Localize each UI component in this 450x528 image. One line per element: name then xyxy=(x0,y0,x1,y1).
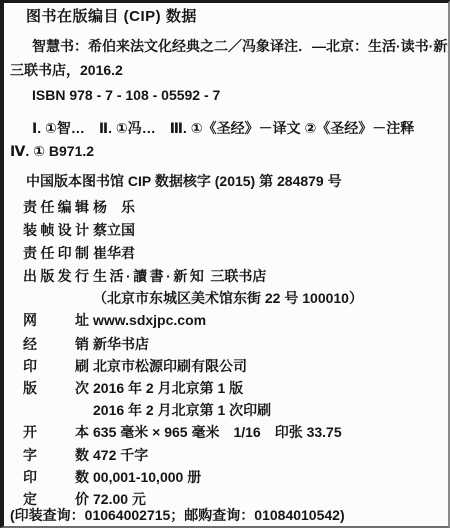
colophon-label: 责任印制 xyxy=(23,245,89,261)
colophon-value: 杨 乐 xyxy=(93,199,135,215)
classification-line2: Ⅳ. ① B971.2 xyxy=(10,143,94,159)
publisher-brand: 生活·讀書·新知 xyxy=(93,268,206,284)
colophon-value: 635 毫米 × 965 毫米 1/16 印张 33.75 xyxy=(93,424,342,440)
colophon-label: 印 数 xyxy=(23,469,89,485)
website-url: www.sdxjpc.com xyxy=(93,312,206,328)
colophon-row-format: 开 本635 毫米 × 965 毫米 1/16 印张 33.75 xyxy=(23,424,342,440)
colophon-value: 蔡立国 xyxy=(93,222,135,238)
cip-record-number: 中国版本图书馆 CIP 数据核字 (2015) 第 284879 号 xyxy=(26,173,342,189)
colophon-row-website: 网 址www.sdxjpc.com xyxy=(23,312,206,328)
edition-printing-value: 2016 年 2 月北京第 1 次印刷 xyxy=(93,402,271,418)
colophon-row-price: 定 价72.00 元 xyxy=(23,491,146,507)
colophon-label: 责任编辑 xyxy=(23,199,89,215)
colophon-value: 72.00 元 xyxy=(93,491,146,507)
colophon-label: 印 刷 xyxy=(23,358,89,374)
colophon-label: 字 数 xyxy=(23,447,89,463)
publisher-value: 生活·讀書·新知三联书店 xyxy=(93,268,266,284)
colophon-label: 开 本 xyxy=(23,424,89,440)
publisher-address: （北京市东城区美术馆东街 22 号 100010） xyxy=(93,290,363,306)
colophon-label: 出版发行 xyxy=(23,268,89,284)
colophon-row-word-count: 字 数472 千字 xyxy=(23,447,148,463)
isbn-line: ISBN 978 - 7 - 108 - 05592 - 7 xyxy=(32,87,220,103)
colophon-row-distributor: 经 销新华书店 xyxy=(23,336,149,352)
colophon-value: 新华书店 xyxy=(93,336,149,352)
colophon-label: 定 价 xyxy=(23,491,89,507)
colophon-row-printer: 印 刷北京市松源印刷有限公司 xyxy=(23,358,247,374)
cip-page: 图书在版编目 (CIP) 数据 智慧书：希伯来法文化经典之二／冯象译注．—北京：… xyxy=(0,0,450,528)
colophon-row-designer: 装帧设计蔡立国 xyxy=(23,222,135,238)
colophon-value: 472 千字 xyxy=(93,447,148,463)
colophon-value: 北京市松源印刷有限公司 xyxy=(93,358,247,374)
colophon-row-print-run: 印 数00,001-10,000 册 xyxy=(23,469,201,485)
colophon-row-print-supervisor: 责任印制崔华君 xyxy=(23,245,135,261)
classification-line1: Ⅰ. ①智… Ⅱ. ①冯… Ⅲ. ①《圣经》－译文 ②《圣经》－注释 xyxy=(32,120,414,136)
colophon-label: 网 址 xyxy=(23,312,89,328)
colophon-label: 装帧设计 xyxy=(23,222,89,238)
colophon-row-editor: 责任编辑杨 乐 xyxy=(23,199,135,215)
colophon-row-edition: 版 次2016 年 2 月北京第 1 版 xyxy=(23,380,243,396)
cip-header: 图书在版编目 (CIP) 数据 xyxy=(26,9,197,25)
book-title-line2: 三联书店，2016.2 xyxy=(10,62,123,78)
colophon-label: 经 销 xyxy=(23,336,89,352)
publisher-name: 三联书店 xyxy=(210,268,266,284)
inquiry-footer: (印装查询：01064002715；邮购查询：01084010542) xyxy=(10,507,345,523)
edition-value: 2016 年 2 月北京第 1 版 xyxy=(93,380,243,396)
colophon-value: 崔华君 xyxy=(93,245,135,261)
colophon-row-publisher: 出版发行生活·讀書·新知三联书店 xyxy=(23,268,266,284)
colophon-label: 版 次 xyxy=(23,380,89,396)
book-title-line1: 智慧书：希伯来法文化经典之二／冯象译注．—北京：生活·读书·新知 xyxy=(32,38,450,54)
colophon-value: 00,001-10,000 册 xyxy=(93,469,201,485)
